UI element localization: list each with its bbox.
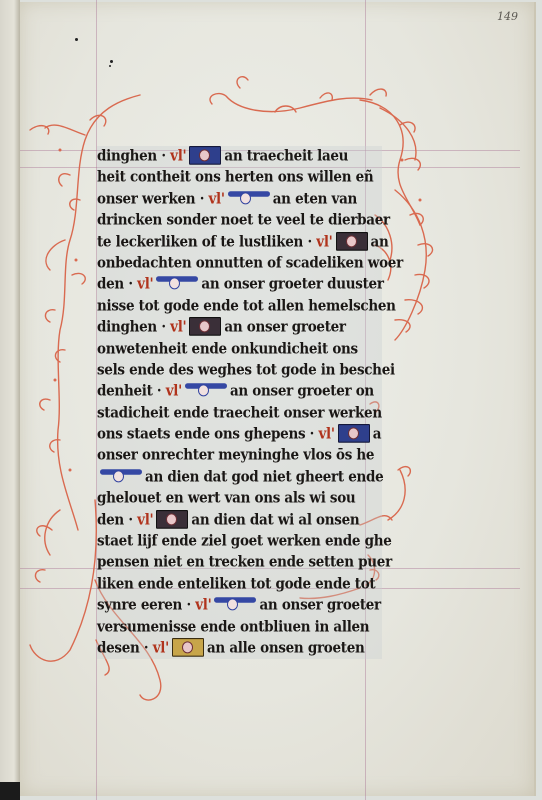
text-line: onser werken · vl'an eten van [97,188,382,212]
ink-speck [109,65,111,67]
rubric-abbreviation: vl' [137,511,153,529]
text-segment: denheit · [97,382,161,400]
text-line: heit contheit ons herten ons willen eñ [97,166,382,190]
adjacent-page-edge [0,0,20,800]
rubric-abbreviation: vl' [166,382,182,400]
text-segment: versumenisse ende ontbliuen in allen [97,618,369,636]
text-line: an dien dat god niet gheert ende [97,466,382,490]
rubric-abbreviation: vl' [137,275,153,293]
text-segment: an onser groeter on [230,382,374,400]
text-line: den · vl'an onser groeter duuster [97,273,382,297]
text-segment: onbedachten onnutten of scadeliken woer [97,254,403,272]
text-segment: an onser groeter [224,318,345,336]
decorated-initial-v-icon [100,468,142,485]
text-segment: heit contheit ons herten ons willen eñ [97,169,373,187]
text-segment: ghelouet en wert van ons als wi sou [97,489,355,507]
text-segment: ons staets ende ons ghepens · [97,425,314,443]
decorated-initial-v-icon [156,275,198,292]
text-segment: liken ende enteliken tot gode ende tot [97,575,375,593]
text-segment: stadicheit ende traecheit onser werken [97,404,382,422]
text-line: onbedachten onnutten of scadeliken woer [97,252,382,276]
text-line: onser onrechter meyninghe vlos ōs he [97,444,382,468]
text-segment: synre eeren · [97,596,191,614]
text-segment: onwetenheit ende onkundicheit ons [97,340,358,358]
ink-speck [75,38,78,41]
text-segment: drincken sonder noet te veel te dierbaer [97,211,390,229]
folio-number: 149 [497,10,518,23]
text-line: dinghen · vl'an onser groeter [97,316,382,340]
decorated-initial-v-icon [185,382,227,399]
text-segment: dinghen · [97,147,166,165]
text-segment: an traecheit laeu [224,147,348,165]
text-line: sels ende des weghes tot gode in beschei [97,359,382,383]
rubric-abbreviation: vl' [209,190,225,208]
text-segment: an onser groeter duuster [201,275,383,293]
text-segment: an dien dat wi al onsen [191,511,359,529]
text-line: denheit · vl'an onser groeter on [97,380,382,404]
decorated-initial-v-icon [338,424,370,443]
decorated-initial-v-icon [214,596,256,613]
text-line: versumenisse ende ontbliuen in allen [97,616,382,640]
text-segment: onser onrechter meyninghe vlos ōs he [97,447,374,465]
text-segment: an [371,233,389,251]
decorated-initial-v-icon [172,638,204,657]
text-segment: sels ende des weghes tot gode in beschei [97,361,395,379]
ink-speck [110,60,113,63]
decorated-initial-v-icon [189,317,221,336]
rubric-abbreviation: vl' [170,147,186,165]
text-line: nisse tot gode ende tot allen hemelschen [97,295,382,319]
text-segment: an onser groeter [259,596,380,614]
text-segment: an dien dat god niet gheert ende [145,468,383,486]
text-segment: nisse tot gode ende tot allen hemelschen [97,297,396,315]
rubric-abbreviation: vl' [316,233,332,251]
text-line: ghelouet en wert van ons als wi sou [97,487,382,511]
decorated-initial-v-icon [336,232,368,251]
text-segment: den · [97,275,133,293]
text-segment: den · [97,511,133,529]
rubric-abbreviation: vl' [318,425,334,443]
binding-shadow [0,782,20,800]
decorated-initial-v-icon [156,510,188,529]
decorated-initial-v-icon [228,190,270,207]
text-line: synre eeren · vl'an onser groeter [97,594,382,618]
text-line: dinghen · vl'an traecheit laeu [97,145,382,169]
text-line: desen · vl'an alle onsen groeten [97,637,382,661]
text-line: stadicheit ende traecheit onser werken [97,402,382,426]
text-line: liken ende enteliken tot gode ende tot [97,573,382,597]
text-segment: a [373,425,381,443]
text-line: te leckerliken of te lustliken · vl'an [97,230,382,254]
text-segment: dinghen · [97,318,166,336]
text-line: pensen niet en trecken ende setten puer [97,551,382,575]
text-line: onwetenheit ende onkundicheit ons [97,337,382,361]
text-line: drincken sonder noet te veel te dierbaer [97,209,382,233]
text-segment: staet lijf ende ziel goet werken ende gh… [97,532,392,550]
text-segment: onser werken · [97,190,204,208]
text-line: den · vl'an dien dat wi al onsen [97,509,382,533]
text-segment: te leckerliken of te lustliken · [97,233,312,251]
text-segment: pensen niet en trecken ende setten puer [97,554,392,572]
text-segment: an eten van [273,190,357,208]
rubric-abbreviation: vl' [170,318,186,336]
rubric-abbreviation: vl' [195,596,211,614]
manuscript-text-block: dinghen · vl'an traecheit laeuheit conth… [97,146,382,659]
decorated-initial-v-icon [189,146,221,165]
text-segment: an alle onsen groeten [207,639,365,657]
rubric-abbreviation: vl' [153,639,169,657]
text-segment: desen · [97,639,148,657]
